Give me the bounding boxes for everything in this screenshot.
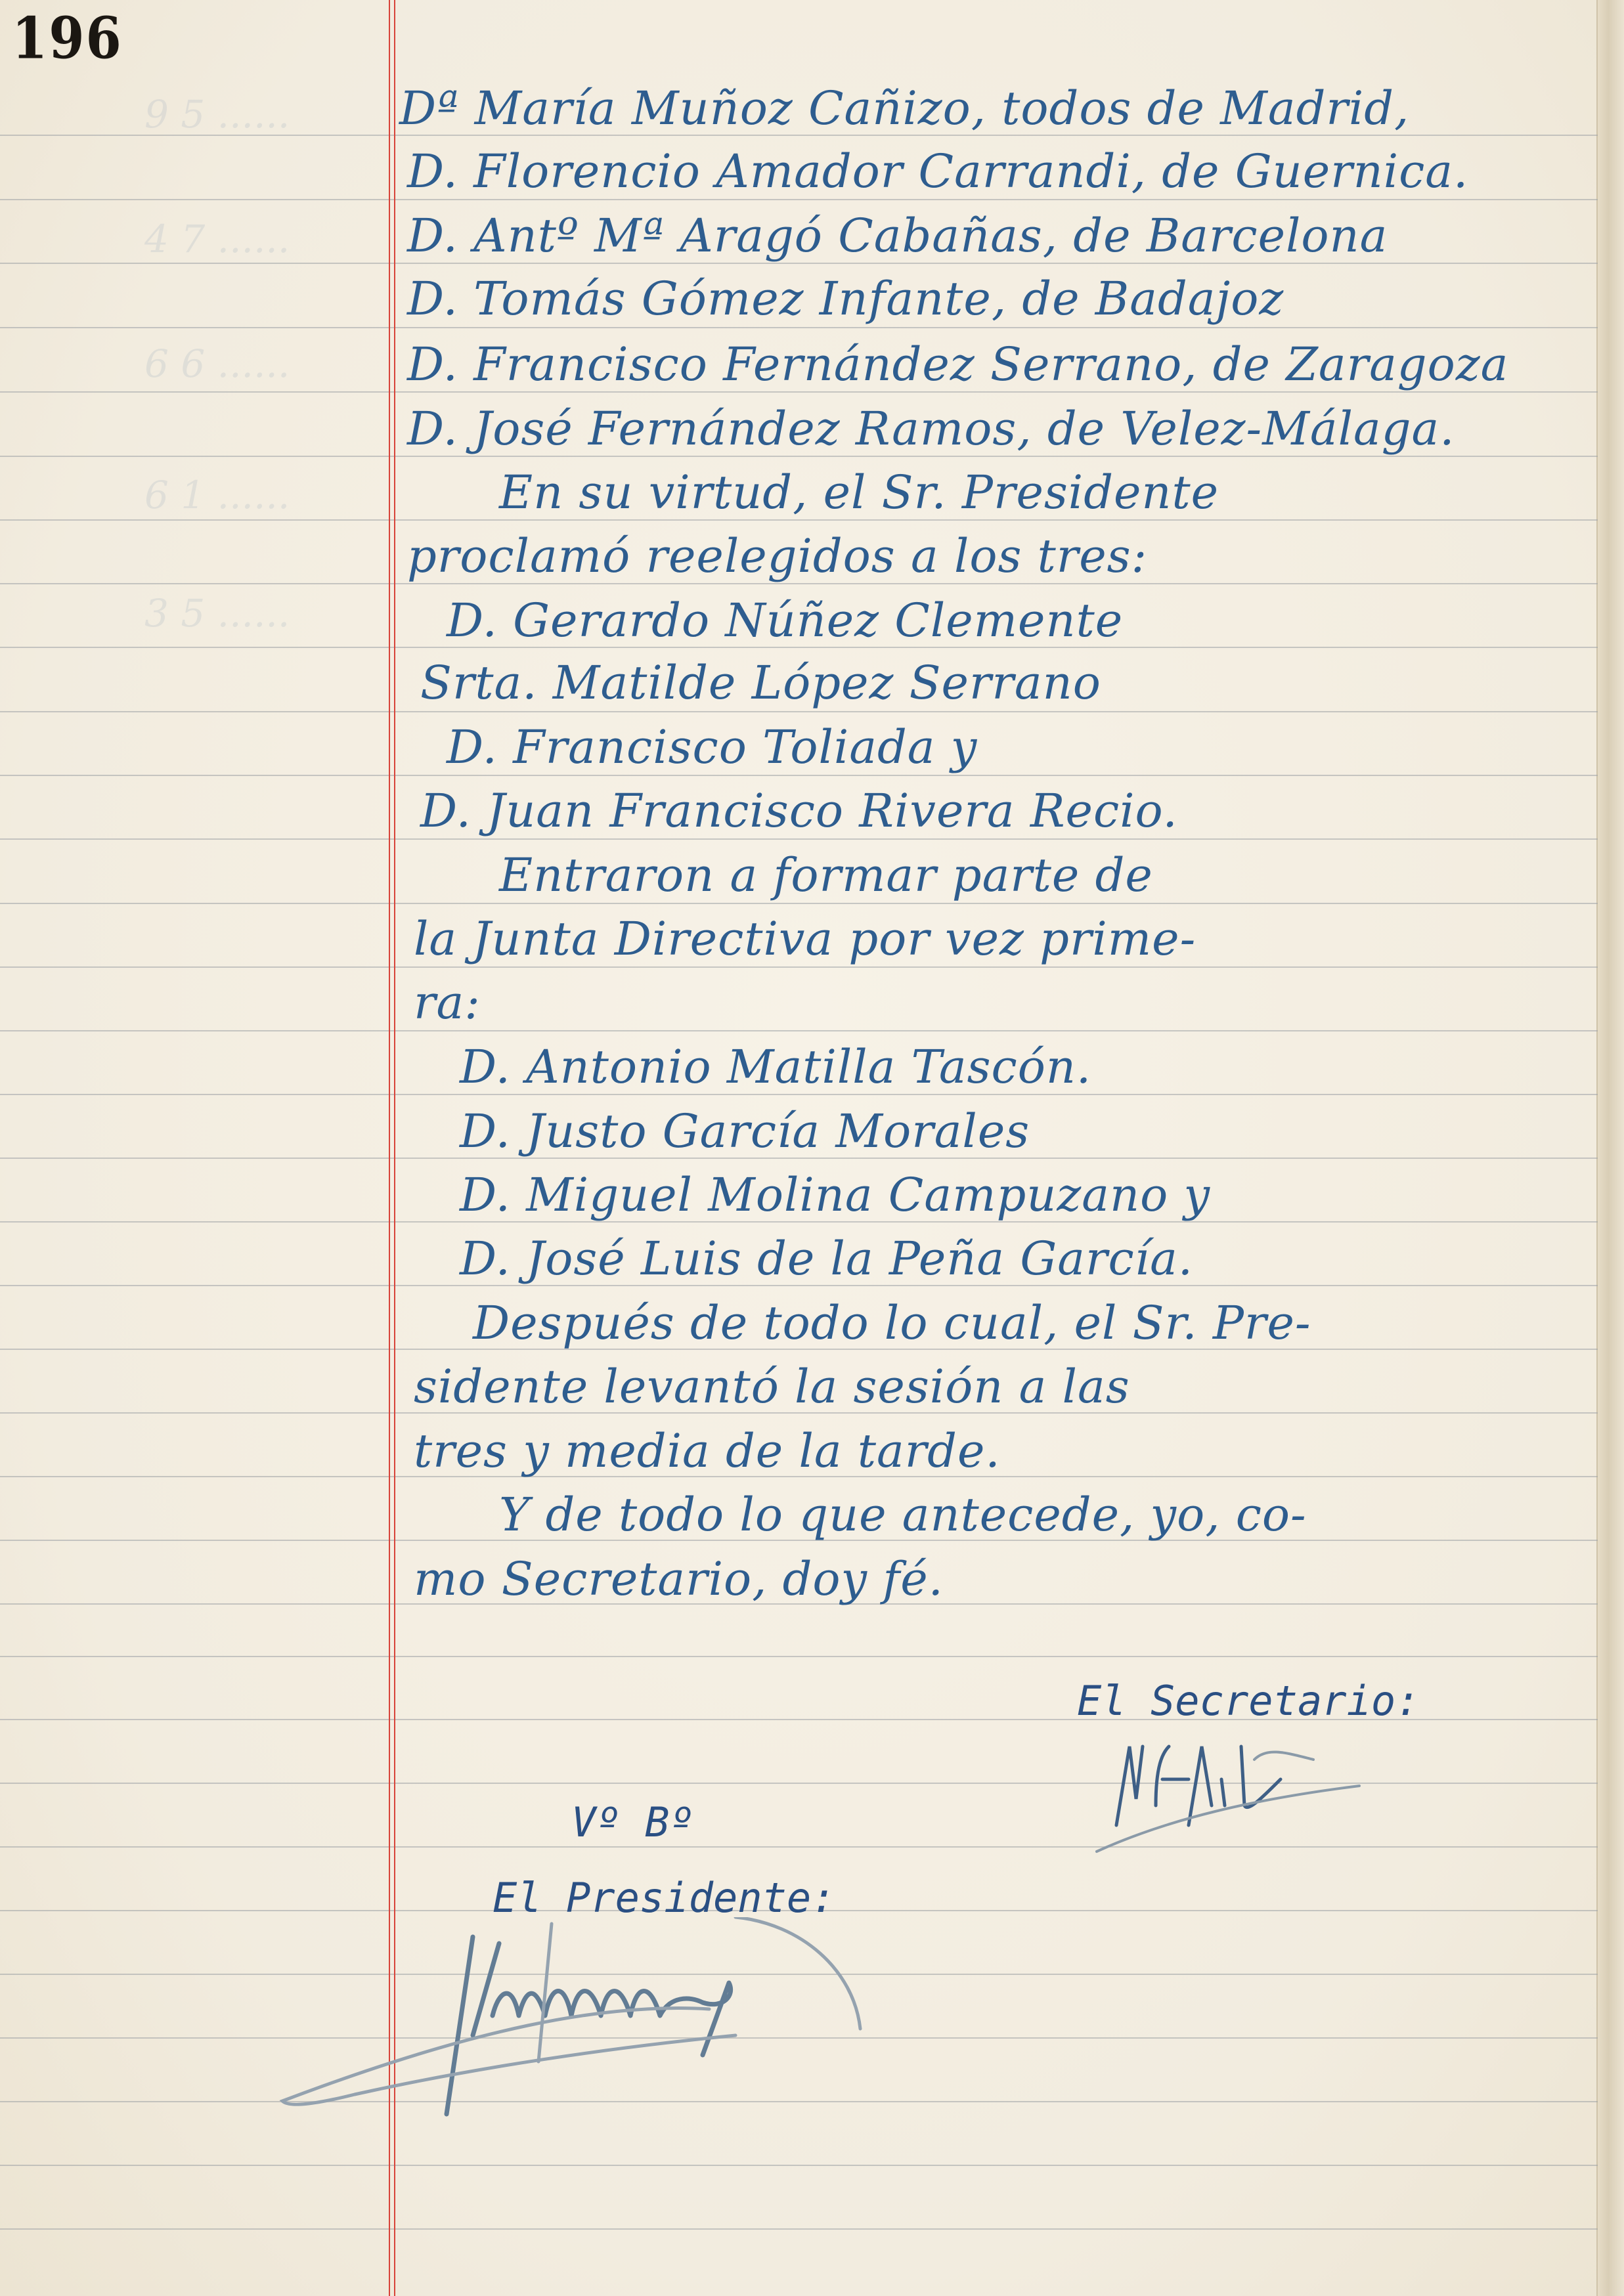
text-line: D. José Luis de la Peña García. xyxy=(460,1236,1193,1282)
text-line: D. Gerardo Núñez Clemente xyxy=(447,597,1123,643)
approval-mark: Vº Bº xyxy=(571,1802,694,1843)
bleed-through-text: 6 6 ...... xyxy=(144,341,290,386)
text-line: D. Antonio Matilla Tascón. xyxy=(460,1044,1091,1090)
ruled-line xyxy=(0,263,1598,264)
text-line: la Junta Directiva por vez prime- xyxy=(414,916,1196,962)
text-line: Dª María Muñoz Cañizo, todos de Madrid, xyxy=(399,85,1409,131)
signature-secretary xyxy=(1090,1707,1366,1865)
text-line: Después de todo lo cual, el Sr. Pre- xyxy=(473,1300,1311,1346)
ruled-line xyxy=(0,1656,1598,1657)
text-line: Srta. Matilde López Serrano xyxy=(420,660,1101,706)
book-gutter xyxy=(1596,0,1624,2296)
text-line: En su virtud, el Sr. Presidente xyxy=(499,469,1219,515)
president-label: El Presidente: xyxy=(493,1878,836,1918)
ruled-line xyxy=(0,1094,1598,1095)
text-line: D. Juan Francisco Rivera Recio. xyxy=(420,788,1178,834)
text-line: mo Secretario, doy fé. xyxy=(414,1556,944,1602)
ruled-line xyxy=(0,966,1598,968)
text-line: D. Florencio Amador Carrandi, de Guernic… xyxy=(407,148,1468,194)
text-line: sidente levantó la sesión a las xyxy=(414,1364,1130,1410)
ruled-line xyxy=(0,519,1598,521)
ruled-line xyxy=(0,2165,1598,2166)
ruled-line xyxy=(0,327,1598,328)
text-line: D. Justo García Morales xyxy=(460,1108,1030,1154)
text-line: Y de todo lo que antecede, yo, co- xyxy=(499,1492,1307,1538)
bleed-through-text: 9 5 ...... xyxy=(144,92,290,137)
ruled-line xyxy=(0,2228,1598,2230)
signature-president xyxy=(276,1917,1011,2134)
text-line: D. Tomás Gómez Infante, de Badajoz xyxy=(407,276,1284,322)
ledger-page: 9 5 ...... 4 7 ...... 6 6 ...... 6 1 ...… xyxy=(0,0,1624,2296)
bleed-through-text: 3 5 ...... xyxy=(144,591,290,636)
bleed-through-text: 6 1 ...... xyxy=(144,473,290,517)
ruled-line xyxy=(0,391,1598,393)
text-line: D. Miguel Molina Campuzano y xyxy=(460,1172,1210,1218)
ruled-line xyxy=(0,838,1598,840)
ruled-line xyxy=(0,775,1598,776)
text-line: D. José Fernández Ramos, de Velez-Málaga… xyxy=(407,406,1455,452)
ruled-line xyxy=(0,199,1598,200)
ruled-line xyxy=(0,583,1598,584)
bleed-through-text: 4 7 ...... xyxy=(144,217,290,261)
text-line: tres y media de la tarde. xyxy=(414,1428,1001,1474)
page-number: 196 xyxy=(12,5,123,72)
text-line: D. Francisco Fernández Serrano, de Zarag… xyxy=(407,341,1508,387)
text-line: D. Francisco Toliada y xyxy=(447,724,977,770)
ruled-line xyxy=(0,903,1598,904)
text-line: proclamó reelegidos a los tres: xyxy=(407,533,1147,579)
ruled-line xyxy=(0,1030,1598,1031)
ruled-line xyxy=(0,456,1598,457)
text-line: D. Antº Mª Aragó Cabañas, de Barcelona xyxy=(407,213,1388,259)
text-line: ra: xyxy=(414,980,481,1026)
ruled-line xyxy=(0,711,1598,712)
text-line: Entraron a formar parte de xyxy=(499,852,1153,898)
